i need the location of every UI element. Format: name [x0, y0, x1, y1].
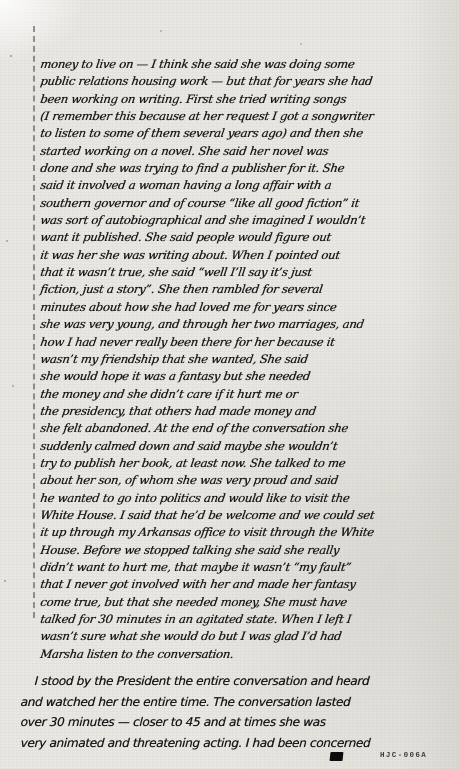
handwritten-line: about her son, of whom she was very prou… [39, 472, 443, 489]
handwritten-line: White House. I said that he’d be welcome… [39, 507, 443, 524]
handwritten-line: it up through my Arkansas office to visi… [39, 524, 443, 541]
handwritten-line: come true, but that she needed money, Sh… [39, 594, 443, 611]
handwritten-line: (I remember this because at her request … [39, 108, 443, 125]
handwritten-line: try to publish her book, at least now. S… [39, 455, 443, 472]
paper-specks [10, 55, 12, 57]
handwritten-line: suddenly calmed down and said maybe she … [39, 438, 443, 455]
handwritten-line: southern governor and of course “like al… [39, 195, 443, 212]
handwritten-line: he wanted to go into politics and would … [39, 490, 443, 507]
handwritten-line: was sort of autobiographical and she ima… [39, 212, 443, 229]
handwritten-line: money to live on — I think she said she … [39, 56, 443, 73]
handwritten-line: started working on a novel. She said her… [39, 143, 443, 160]
handwritten-line: Marsha listen to the conversation. [39, 646, 443, 663]
handwritten-line: said it involved a woman having a long a… [39, 177, 443, 194]
handwritten-line: want it published. She said people would… [39, 229, 443, 246]
handwritten-line: wasn’t sure what she would do but I was … [39, 628, 443, 645]
handwritten-line: that I never got involved with her and m… [39, 576, 443, 593]
fold-line [33, 26, 35, 618]
witness-line: I stood by the President the entire conv… [20, 671, 457, 692]
handwritten-line: public relations housing work — but that… [39, 73, 443, 90]
handwritten-line: she would hope it was a fantasy but she … [39, 368, 443, 385]
handwritten-line: didn’t want to hurt me, that maybe it wa… [39, 559, 443, 576]
witness-line: very animated and threatening acting. I … [20, 733, 457, 754]
witness-line: over 30 minutes — closer to 45 and at ti… [20, 712, 457, 733]
witness-line: and watched her the entire time. The con… [20, 692, 457, 713]
handwritten-line: done and she was trying to find a publis… [39, 160, 443, 177]
handwritten-line: she felt abandoned. At the end of the co… [39, 420, 443, 437]
handwritten-line: been working on writing. First she tried… [39, 91, 443, 108]
document-page: money to live on — I think she said she … [0, 0, 459, 769]
handwritten-line: House. Before we stopped talking she sai… [39, 542, 443, 559]
handwritten-line: the money and she didn’t care if it hurt… [39, 386, 443, 403]
handwritten-line: minutes about how she had loved me for y… [39, 299, 443, 316]
ink-stamp-mark-icon [330, 752, 344, 761]
handwritten-line: talked for 30 minutes in an agitated sta… [39, 611, 443, 628]
handwritten-line: how I had never really been there for he… [39, 334, 443, 351]
handwritten-line: fiction, just a story”. She then rambled… [39, 281, 443, 298]
handwritten-line: to listen to some of them several years … [39, 125, 443, 142]
handwritten-line: it was her she was writing about. When I… [39, 247, 443, 264]
handwritten-line: the presidency, that others had made mon… [39, 403, 443, 420]
witness-note: I stood by the President the entire conv… [20, 671, 456, 753]
handwritten-line: wasn’t my friendship that she wanted, Sh… [39, 351, 443, 368]
exhibit-number: HJC-006A [380, 752, 427, 760]
handwritten-body: money to live on — I think she said she … [39, 56, 441, 663]
handwritten-line: that it wasn’t true, she said “well I’ll… [39, 264, 443, 281]
handwritten-line: she was very young, and through her two … [39, 316, 443, 333]
